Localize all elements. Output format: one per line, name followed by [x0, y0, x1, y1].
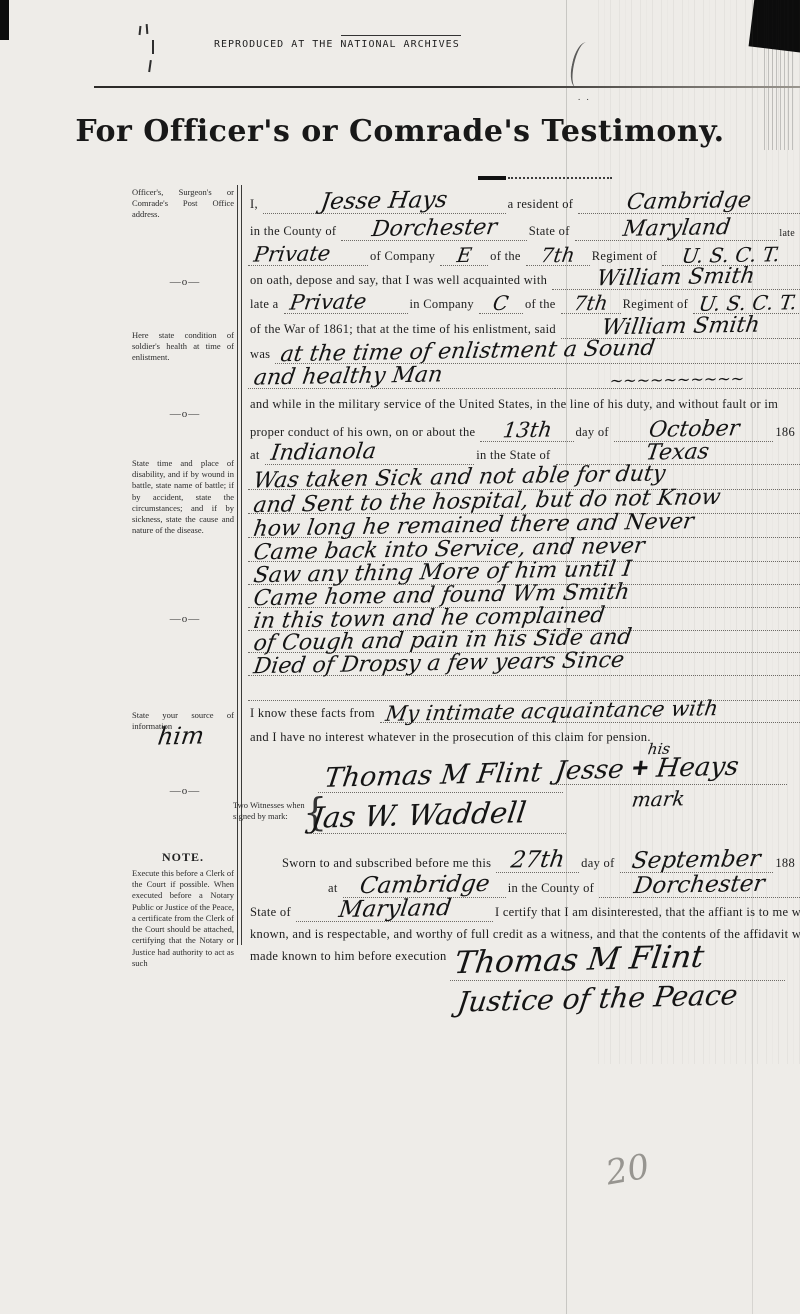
pencil-page-number: 20 — [603, 1147, 653, 1194]
handwritten-text: and healthy Man — [248, 367, 555, 389]
handwritten-text: 7th — [561, 294, 621, 314]
signature-rule — [308, 833, 566, 834]
vertical-double-rule — [237, 185, 242, 945]
affidavit-line-4: on oath, depose and say, that I was well… — [248, 263, 800, 290]
handwriting: September — [631, 849, 763, 873]
scan-mark — [146, 24, 149, 34]
handwritten-text: Died of Dropsy a few years Since — [248, 654, 800, 676]
printed-text: and while in the military service of the… — [248, 397, 783, 414]
handwritten-text: William Smith — [561, 317, 800, 339]
claimant-mark-signature: Jesse + Heays — [554, 750, 741, 787]
handwritten-text: Dorchester — [341, 219, 526, 241]
scan-corner-mark — [0, 0, 9, 40]
scan-mark — [148, 60, 151, 72]
affidavit-line-3: Privateof CompanyEof the7thRegiment ofU.… — [248, 239, 800, 266]
scan-mark — [139, 26, 142, 35]
printed-text: I, — [248, 197, 263, 214]
signature-rule — [318, 792, 563, 793]
handwritten-text: Private — [284, 293, 408, 314]
affidavit-line-9: and while in the military service of the… — [248, 387, 800, 414]
margin-label-disability: State time and place of disability, and … — [132, 458, 234, 537]
jurat-line-2: atCambridgein the County ofDorchester — [326, 871, 800, 898]
handwritten-source-answer: him — [156, 721, 206, 750]
handwritten-text: 27th — [496, 850, 579, 873]
margin-separator: —o— — [150, 785, 220, 797]
handwriting: ~~~~~~~~~~ — [609, 371, 746, 389]
horizontal-rule — [94, 86, 800, 88]
margin-label-health: Here state condition of soldier's health… — [132, 330, 234, 364]
ink-smudge: . . — [578, 92, 598, 100]
archives-stamp: REPRODUCED AT THE NATIONAL ARCHIVES — [214, 39, 460, 50]
affidavit-line-14: how long he remained there and Never — [248, 511, 800, 538]
note-body: Execute this before a Clerk of the Court… — [132, 868, 234, 969]
printed-text: made known to him before execution — [248, 949, 452, 966]
handwritten-text: at the time of enlistment a Sound — [275, 342, 800, 364]
ink-smudge — [567, 41, 594, 90]
page-title: For Officer's or Comrade's Testimony. — [0, 114, 800, 149]
handwritten-text: C — [479, 294, 523, 314]
document-page: . . REPRODUCED AT THE NATIONAL ARCHIVES … — [0, 0, 800, 1314]
handwriting: C — [492, 294, 510, 313]
handwriting: Indianola — [269, 442, 377, 465]
handwriting: Maryland — [621, 218, 731, 241]
claimant-name-left: Jesse — [554, 755, 626, 787]
handwriting: U. S. C. T. — [698, 293, 798, 314]
witness-signature-2: Jas W. Waddell — [309, 795, 528, 835]
affidavit-line-8: and healthy Man~~~~~~~~~~ — [248, 362, 800, 389]
affidavit-line-5: late aPrivatein CompanyCof the7thRegimen… — [248, 287, 800, 314]
handwritten-text: September — [620, 850, 774, 873]
affidavit-line-1: I,Jesse Haysa resident ofCambridge — [248, 187, 800, 214]
decorative-dash — [478, 176, 506, 180]
handwritten-text: Maryland — [575, 219, 778, 241]
handwriting: and healthy Man — [252, 365, 443, 389]
note-title: NOTE. — [132, 850, 234, 865]
justice-title: Justice of the Peace — [455, 978, 739, 1018]
affidavit-line-2: in the County ofDorchesterState ofMaryla… — [248, 214, 800, 241]
handwriting: 27th — [509, 850, 566, 873]
margin-label-address: Officer's, Surgeon's or Comrade's Post O… — [132, 187, 234, 221]
mark-cross-icon: + — [630, 752, 651, 783]
decorative-wave — [508, 177, 612, 179]
handwriting: Jesse Hays — [320, 190, 449, 214]
handwritten-text: Jesse Hays — [263, 191, 506, 214]
affidavit-line-23: and I have no interest whatever in the p… — [248, 720, 800, 747]
handwriting: Private — [288, 292, 367, 313]
printed-text: a resident of — [506, 197, 579, 214]
affidavit-line-20: Died of Dropsy a few years Since — [248, 649, 800, 676]
margin-separator: —o— — [150, 276, 220, 288]
handwriting: 7th — [572, 294, 608, 314]
handwritten-text: Texas — [556, 443, 800, 465]
scan-mark — [152, 40, 154, 54]
affidavit-line-13: and Sent to the hospital, but do not Kno… — [248, 487, 800, 514]
margin-separator: —o— — [150, 408, 220, 420]
printed-text: and I have no interest whatever in the p… — [248, 730, 656, 747]
affidavit-line-6: of the War of 1861; that at the time of … — [248, 312, 800, 339]
jurat-line-1: Sworn to and subscribed before me this27… — [280, 846, 800, 873]
affidavit-line-7: wasat the time of enlistment a Sound — [248, 337, 800, 364]
affidavit-line-11: atIndianolain the State ofTexas — [248, 438, 800, 465]
affidavit-line-22: I know these facts fromMy intimate acqua… — [248, 696, 800, 723]
witness-label: Two Witnesses when signed by mark: — [233, 800, 305, 823]
handwritten-text: Indianola — [265, 443, 475, 465]
mark-word: mark — [630, 786, 686, 811]
handwritten-text: Cambridge — [578, 192, 800, 214]
handwriting: Cambridge — [626, 191, 753, 214]
witness-signature-1: Thomas M Flint — [323, 757, 544, 794]
signature-rule — [552, 784, 787, 785]
handwriting: Dorchester — [370, 218, 498, 241]
justice-signature: Thomas M Flint — [452, 939, 706, 981]
stamp-overline — [341, 35, 461, 36]
claimant-name-right: Heays — [655, 752, 741, 784]
handwritten-text: U. S. C. T. — [693, 294, 800, 314]
margin-separator: —o— — [150, 613, 220, 625]
